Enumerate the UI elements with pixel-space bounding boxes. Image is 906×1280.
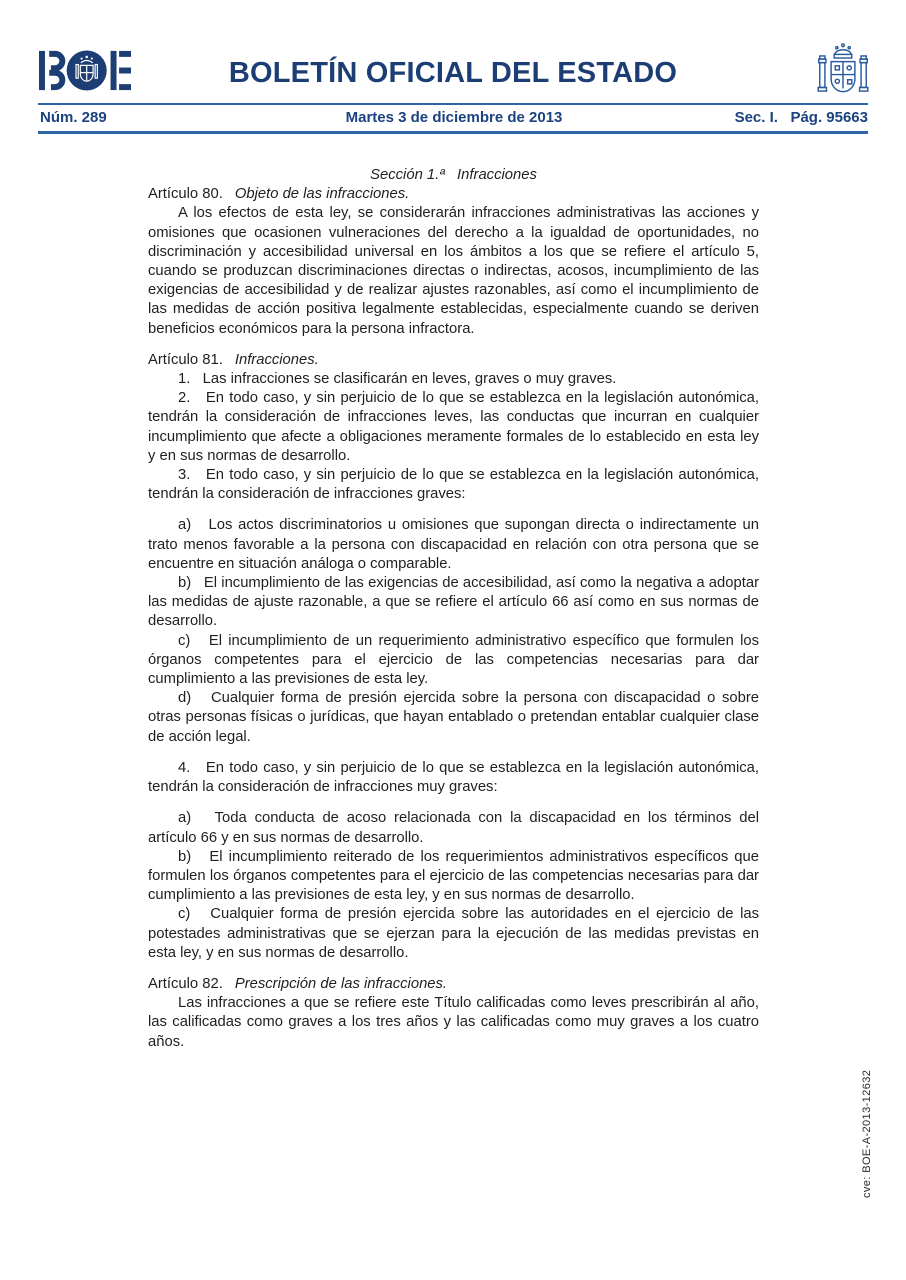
article-80-number: Artículo 80. — [148, 186, 223, 202]
header-meta-row: Núm. 289 Martes 3 de diciembre de 2013 S… — [40, 109, 868, 129]
cve-code: cve: BOE-A-2013-12632 — [861, 1058, 873, 1198]
masthead-title: BOLETÍN OFICIAL DEL ESTADO — [0, 57, 906, 90]
article-80-heading: Artículo 80.Objeto de las infracciones. — [148, 185, 759, 204]
article-81-number: Artículo 81. — [148, 352, 223, 368]
article-82-text: Las infracciones a que se refiere este T… — [148, 994, 759, 1052]
section-heading: Sección 1.ª Infracciones — [148, 166, 759, 185]
boe-page: BOLETÍN OFICIAL DEL ESTADO Núm. — [0, 0, 906, 1280]
graves-list: a) Los actos discriminatorios u omisione… — [148, 516, 759, 746]
section-page-number: Sec. I. Pág. 95663 — [735, 109, 868, 126]
numbered-item: 1. Las infracciones se clasificarán en l… — [148, 370, 759, 389]
spain-coat-of-arms-icon — [817, 42, 869, 104]
paragraph: A los efectos de esta ley, se considerar… — [148, 204, 759, 338]
article-81-items: 1. Las infracciones se clasificarán en l… — [148, 370, 759, 504]
lettered-item: c) El incumplimiento de un requerimiento… — [148, 632, 759, 690]
article-80-title: Objeto de las infracciones. — [235, 186, 409, 202]
article-81-title: Infracciones. — [235, 352, 319, 368]
muy-graves-list: a) Toda conducta de acoso relacionada co… — [148, 809, 759, 963]
lettered-item: a) Los actos discriminatorios u omisione… — [148, 516, 759, 574]
article-81-item-4: 4. En todo caso, y sin perjuicio de lo q… — [148, 759, 759, 797]
numbered-item: 2. En todo caso, y sin perjuicio de lo q… — [148, 389, 759, 466]
lettered-item: a) Toda conducta de acoso relacionada co… — [148, 809, 759, 847]
article-81-heading: Artículo 81.Infracciones. — [148, 351, 759, 370]
paragraph: Las infracciones a que se refiere este T… — [148, 994, 759, 1052]
lettered-item: c) Cualquier forma de presión ejercida s… — [148, 905, 759, 963]
header-rule-bottom — [38, 131, 868, 134]
article-82-title: Prescripción de las infracciones. — [235, 976, 447, 992]
article-82-number: Artículo 82. — [148, 976, 223, 992]
document-body: Sección 1.ª Infracciones Artículo 80.Obj… — [148, 166, 759, 1064]
article-80-text: A los efectos de esta ley, se considerar… — [148, 204, 759, 338]
lettered-item: b) El incumplimiento reiterado de los re… — [148, 848, 759, 906]
lettered-item: d) Cualquier forma de presión ejercida s… — [148, 689, 759, 747]
lettered-item: b) El incumplimiento de las exigencias d… — [148, 574, 759, 632]
article-82-heading: Artículo 82.Prescripción de las infracci… — [148, 975, 759, 994]
numbered-item: 3. En todo caso, y sin perjuicio de lo q… — [148, 466, 759, 504]
numbered-item: 4. En todo caso, y sin perjuicio de lo q… — [148, 759, 759, 797]
header-rule-top — [38, 103, 868, 105]
